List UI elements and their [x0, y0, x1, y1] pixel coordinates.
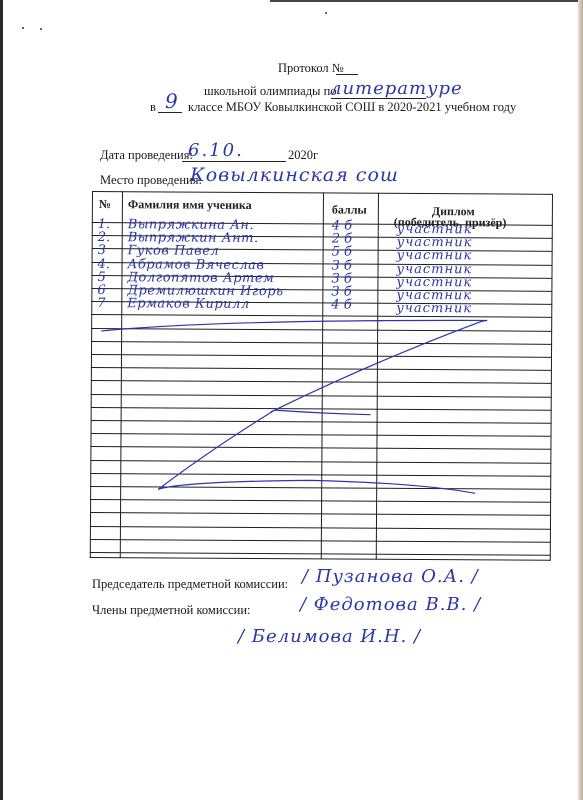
scan-speck — [325, 12, 327, 14]
member1-signature: / Федотова В.В. / — [300, 594, 481, 615]
scan-edge-top — [270, 0, 583, 2]
date-underline — [182, 161, 286, 162]
school-year-line: классе МБОУ Ковылкинской СОШ в 2020-2021… — [188, 100, 516, 115]
results-table: № Фамилия имя ученика баллы Диплом (побе… — [90, 191, 553, 561]
subject-handwritten: литературе — [330, 78, 463, 99]
protocol-number-blank — [336, 74, 358, 75]
date-year: 2020г — [288, 148, 318, 163]
protocol-title: Протокол № — [278, 61, 344, 76]
scan-speck — [40, 28, 42, 30]
olympiad-line: школьной олимпиады по — [204, 84, 337, 99]
date-handwritten: 6.10. — [188, 140, 244, 161]
chair-label: Председатель предметной комиссии: — [92, 577, 288, 592]
grade-prefix: в — [150, 100, 156, 115]
scan-speck — [22, 27, 24, 29]
place-handwritten: Ковылкинская сош — [190, 164, 399, 186]
member2-signature: / Белимова И.Н. / — [238, 626, 421, 647]
date-label: Дата проведения: — [100, 148, 193, 163]
chair-signature: / Пузанова О.А. / — [302, 566, 479, 587]
scan-edge-left — [0, 0, 3, 800]
grade-underline — [158, 112, 182, 113]
place-label: Место проведения: — [100, 173, 202, 188]
subject-underline — [331, 98, 426, 99]
scan-edge-right — [578, 0, 583, 800]
strike-through-z-mark — [90, 191, 553, 561]
grade-handwritten: 9 — [165, 89, 178, 113]
members-label: Члены предметной комиссии: — [92, 603, 250, 618]
